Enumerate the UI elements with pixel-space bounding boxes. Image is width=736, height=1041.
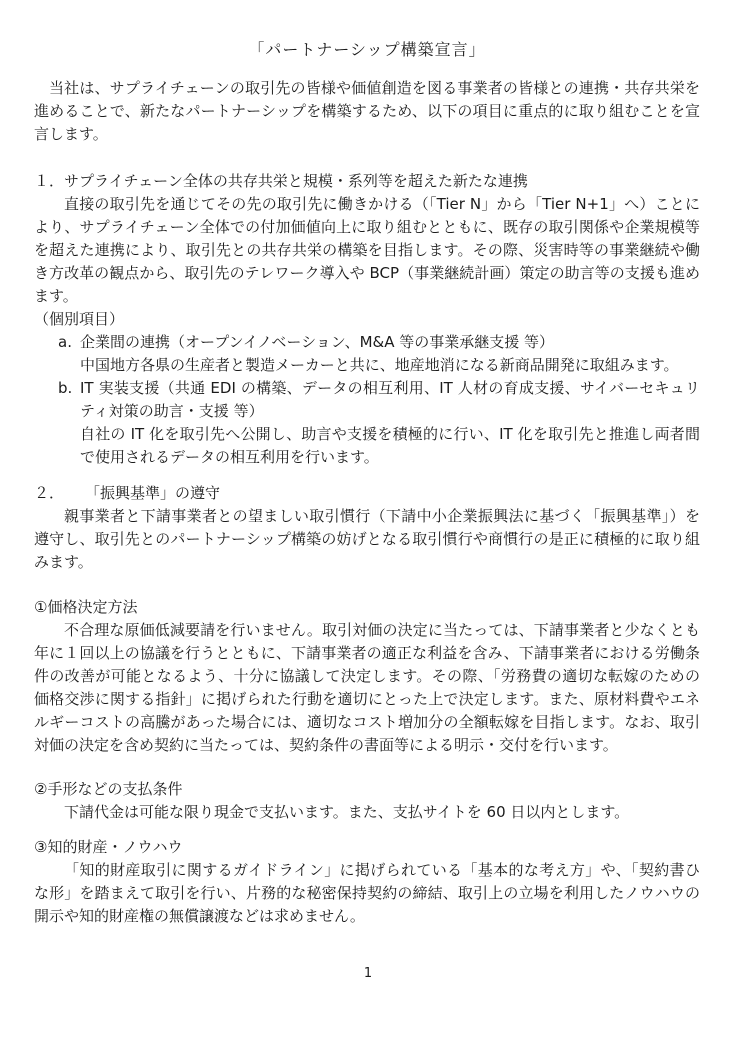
intro-paragraph: 当社は、サプライチェーンの取引先の皆様や価値創造を図る事業者の皆様との連携・共存… xyxy=(34,77,700,146)
section-2-title: 「振興基準」の遵守 xyxy=(85,482,220,505)
list-item-b-text: IT 実装支援（共通 EDI の構築、データの相互利用、IT 人材の育成支援、サ… xyxy=(80,377,700,469)
subsection-intellectual-property-heading: ③知的財産・ノウハウ xyxy=(34,836,700,859)
section-1-title: サプライチェーン全体の共存共栄と規模・系列等を超えた新たな連携 xyxy=(64,170,528,193)
subsection-pricing-body: 不合理な原価低減要請を行いません。取引対価の決定に当たっては、下請事業者と少なく… xyxy=(34,619,700,757)
section-1-number: １． xyxy=(34,170,64,193)
section-1-body: 直接の取引先を通じてその先の取引先に働きかける（「Tier N」から「Tier … xyxy=(34,193,700,308)
list-item-a-title: 企業間の連携（オープンイノベーション、M&A 等の事業承継支援 等） xyxy=(80,331,700,354)
subsection-payment-terms-body: 下請代金は可能な限り現金で支払います。また、支払サイトを 60 日以内とします。 xyxy=(34,801,700,824)
subsection-pricing: ①価格決定方法 不合理な原価低減要請を行いません。取引対価の決定に当たっては、下… xyxy=(34,596,700,757)
list-item-b-marker: b. xyxy=(58,377,80,469)
section-2: ２． 「振興基準」の遵守 親事業者と下請事業者との望ましい取引慣行（下請中小企業… xyxy=(34,482,700,928)
page-number: 1 xyxy=(0,965,736,983)
subsection-payment-terms-heading: ②手形などの支払条件 xyxy=(34,778,700,801)
subsection-intellectual-property-body: 「知的財産取引に関するガイドライン」に掲げられている「基本的な考え方」や、「契約… xyxy=(34,859,700,928)
list-item-b: b. IT 実装支援（共通 EDI の構築、データの相互利用、IT 人材の育成支… xyxy=(34,377,700,469)
subsection-pricing-heading: ①価格決定方法 xyxy=(34,596,700,619)
document-title: 「パートナーシップ構築宣言」 xyxy=(34,38,700,62)
section-1-heading: １． サプライチェーン全体の共存共栄と規模・系列等を超えた新たな連携 xyxy=(34,170,700,193)
document-page: 「パートナーシップ構築宣言」 当社は、サプライチェーンの取引先の皆様や価値創造を… xyxy=(0,0,736,1041)
individual-items-label: （個別項目） xyxy=(34,308,700,331)
list-item-b-desc: 自社の IT 化を取引先へ公開し、助言や支援を積極的に行い、IT 化を取引先と推… xyxy=(80,423,700,469)
list-item-a-marker: a. xyxy=(58,331,80,377)
subsection-intellectual-property: ③知的財産・ノウハウ 「知的財産取引に関するガイドライン」に掲げられている「基本… xyxy=(34,836,700,928)
section-2-body: 親事業者と下請事業者との望ましい取引慣行（下請中小企業振興法に基づく「振興基準」… xyxy=(34,505,700,574)
section-2-number: ２． xyxy=(34,482,64,505)
list-item-a-text: 企業間の連携（オープンイノベーション、M&A 等の事業承継支援 等） 中国地方各… xyxy=(80,331,700,377)
section-1: １． サプライチェーン全体の共存共栄と規模・系列等を超えた新たな連携 直接の取引… xyxy=(34,170,700,469)
subsection-payment-terms: ②手形などの支払条件 下請代金は可能な限り現金で支払います。また、支払サイトを … xyxy=(34,778,700,824)
list-item-b-title: IT 実装支援（共通 EDI の構築、データの相互利用、IT 人材の育成支援、サ… xyxy=(80,377,700,423)
list-item-a-desc: 中国地方各県の生産者と製造メーカーと共に、地産地消になる新商品開発に取組みます。 xyxy=(80,354,700,377)
list-item-a: a. 企業間の連携（オープンイノベーション、M&A 等の事業承継支援 等） 中国… xyxy=(34,331,700,377)
section-2-heading: ２． 「振興基準」の遵守 xyxy=(34,482,700,505)
